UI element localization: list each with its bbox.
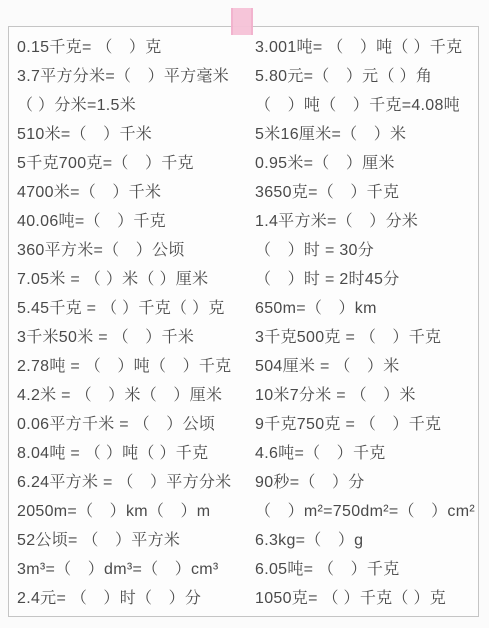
problem-left: 2.78吨 = （ ）吨（ ）千克 bbox=[17, 352, 255, 381]
problem-right: 504厘米 = （ ）米 bbox=[255, 352, 478, 381]
problem-left: 2.4元= （ ）时（ ）分 bbox=[17, 584, 255, 613]
worksheet-row: 2.78吨 = （ ）吨（ ）千克504厘米 = （ ）米 bbox=[17, 352, 478, 381]
problem-right: 1.4平方米=（ ）分米 bbox=[255, 207, 478, 236]
problem-left: 40.06吨=（ ）千克 bbox=[17, 207, 255, 236]
worksheet-row: 2.4元= （ ）时（ ）分1050克= （ ）千克（ ）克 bbox=[17, 584, 478, 613]
problem-left: 3千米50米 = （ ）千米 bbox=[17, 323, 255, 352]
problem-left: 510米=（ ）千米 bbox=[17, 120, 255, 149]
problem-right: 3千克500克 = （ ）千克 bbox=[255, 323, 478, 352]
worksheet-row: 52公顷= （ ）平方米6.3kg=（ ）g bbox=[17, 526, 478, 555]
worksheet-row: 510米=（ ）千米5米16厘米=（ ）米 bbox=[17, 120, 478, 149]
problem-left: 52公顷= （ ）平方米 bbox=[17, 526, 255, 555]
page: { "colors": { "page_background": "#fbfbf… bbox=[0, 0, 489, 628]
problem-right: 5.80元=（ ）元（ ）角 bbox=[255, 62, 478, 91]
problem-right: 5米16厘米=（ ）米 bbox=[255, 120, 478, 149]
worksheet-row: 8.04吨 = （ ）吨（ ）千克4.6吨=（ ）千克 bbox=[17, 439, 478, 468]
problem-left: 5.45千克 = （ ）千克（ ）克 bbox=[17, 294, 255, 323]
problem-left: 4700米=（ ）千米 bbox=[17, 178, 255, 207]
tape-decoration bbox=[231, 8, 253, 35]
problem-left: 360平方米=（ ）公顷 bbox=[17, 236, 255, 265]
problem-left: 6.24平方米 = （ ）平方分米 bbox=[17, 468, 255, 497]
worksheet-row: 3m³=（ ）dm³=（ ）cm³6.05吨= （ ）千克 bbox=[17, 555, 478, 584]
problem-left: 7.05米 = （ ）米（ ）厘米 bbox=[17, 265, 255, 294]
worksheet-row: （ ）分米=1.5米（ ）吨（ ）千克=4.08吨 bbox=[17, 91, 478, 120]
worksheet-panel: 0.15千克= （ ）克3.001吨= （ ）吨（ ）千克3.7平方分米=（ ）… bbox=[8, 26, 479, 617]
problem-right: 3.001吨= （ ）吨（ ）千克 bbox=[255, 33, 478, 62]
problem-left: 0.06平方千米 = （ ）公顷 bbox=[17, 410, 255, 439]
problems-list: 0.15千克= （ ）克3.001吨= （ ）吨（ ）千克3.7平方分米=（ ）… bbox=[9, 27, 478, 613]
worksheet-row: 0.06平方千米 = （ ）公顷9千克750克 = （ ）千克 bbox=[17, 410, 478, 439]
problem-right: 0.95米=（ ）厘米 bbox=[255, 149, 478, 178]
problem-right: 1050克= （ ）千克（ ）克 bbox=[255, 584, 478, 613]
problem-left: 5千克700克=（ ）千克 bbox=[17, 149, 255, 178]
problem-right: （ ）吨（ ）千克=4.08吨 bbox=[255, 91, 478, 120]
problem-left: 8.04吨 = （ ）吨（ ）千克 bbox=[17, 439, 255, 468]
problem-left: 4.2米 = （ ）米（ ）厘米 bbox=[17, 381, 255, 410]
worksheet-row: 4.2米 = （ ）米（ ）厘米10米7分米 = （ ）米 bbox=[17, 381, 478, 410]
problem-right: （ ）时 = 2时45分 bbox=[255, 265, 478, 294]
worksheet-row: 0.15千克= （ ）克3.001吨= （ ）吨（ ）千克 bbox=[17, 33, 478, 62]
worksheet-row: 2050m=（ ）km（ ）m（ ）m²=750dm²=（ ）cm² bbox=[17, 497, 478, 526]
worksheet-row: 5.45千克 = （ ）千克（ ）克650m=（ ）km bbox=[17, 294, 478, 323]
worksheet-row: 5千克700克=（ ）千克0.95米=（ ）厘米 bbox=[17, 149, 478, 178]
problem-right: 10米7分米 = （ ）米 bbox=[255, 381, 478, 410]
worksheet-row: 3千米50米 = （ ）千米3千克500克 = （ ）千克 bbox=[17, 323, 478, 352]
problem-right: 650m=（ ）km bbox=[255, 294, 478, 323]
problem-right: 6.05吨= （ ）千克 bbox=[255, 555, 478, 584]
problem-right: 9千克750克 = （ ）千克 bbox=[255, 410, 478, 439]
problem-left: 2050m=（ ）km（ ）m bbox=[17, 497, 255, 526]
worksheet-row: 4700米=（ ）千米3650克=（ ）千克 bbox=[17, 178, 478, 207]
worksheet-row: 3.7平方分米=（ ）平方毫米5.80元=（ ）元（ ）角 bbox=[17, 62, 478, 91]
worksheet-row: 40.06吨=（ ）千克1.4平方米=（ ）分米 bbox=[17, 207, 478, 236]
problem-right: （ ）m²=750dm²=（ ）cm² bbox=[255, 497, 478, 526]
problem-right: 90秒=（ ）分 bbox=[255, 468, 478, 497]
problem-left: 3m³=（ ）dm³=（ ）cm³ bbox=[17, 555, 255, 584]
problem-right: 3650克=（ ）千克 bbox=[255, 178, 478, 207]
problem-right: 4.6吨=（ ）千克 bbox=[255, 439, 478, 468]
worksheet-row: 7.05米 = （ ）米（ ）厘米（ ）时 = 2时45分 bbox=[17, 265, 478, 294]
worksheet-row: 360平方米=（ ）公顷（ ）时 = 30分 bbox=[17, 236, 478, 265]
problem-right: （ ）时 = 30分 bbox=[255, 236, 478, 265]
problem-left: 0.15千克= （ ）克 bbox=[17, 33, 255, 62]
worksheet-row: 6.24平方米 = （ ）平方分米90秒=（ ）分 bbox=[17, 468, 478, 497]
problem-right: 6.3kg=（ ）g bbox=[255, 526, 478, 555]
problem-left: 3.7平方分米=（ ）平方毫米 bbox=[17, 62, 255, 91]
problem-left: （ ）分米=1.5米 bbox=[17, 91, 255, 120]
